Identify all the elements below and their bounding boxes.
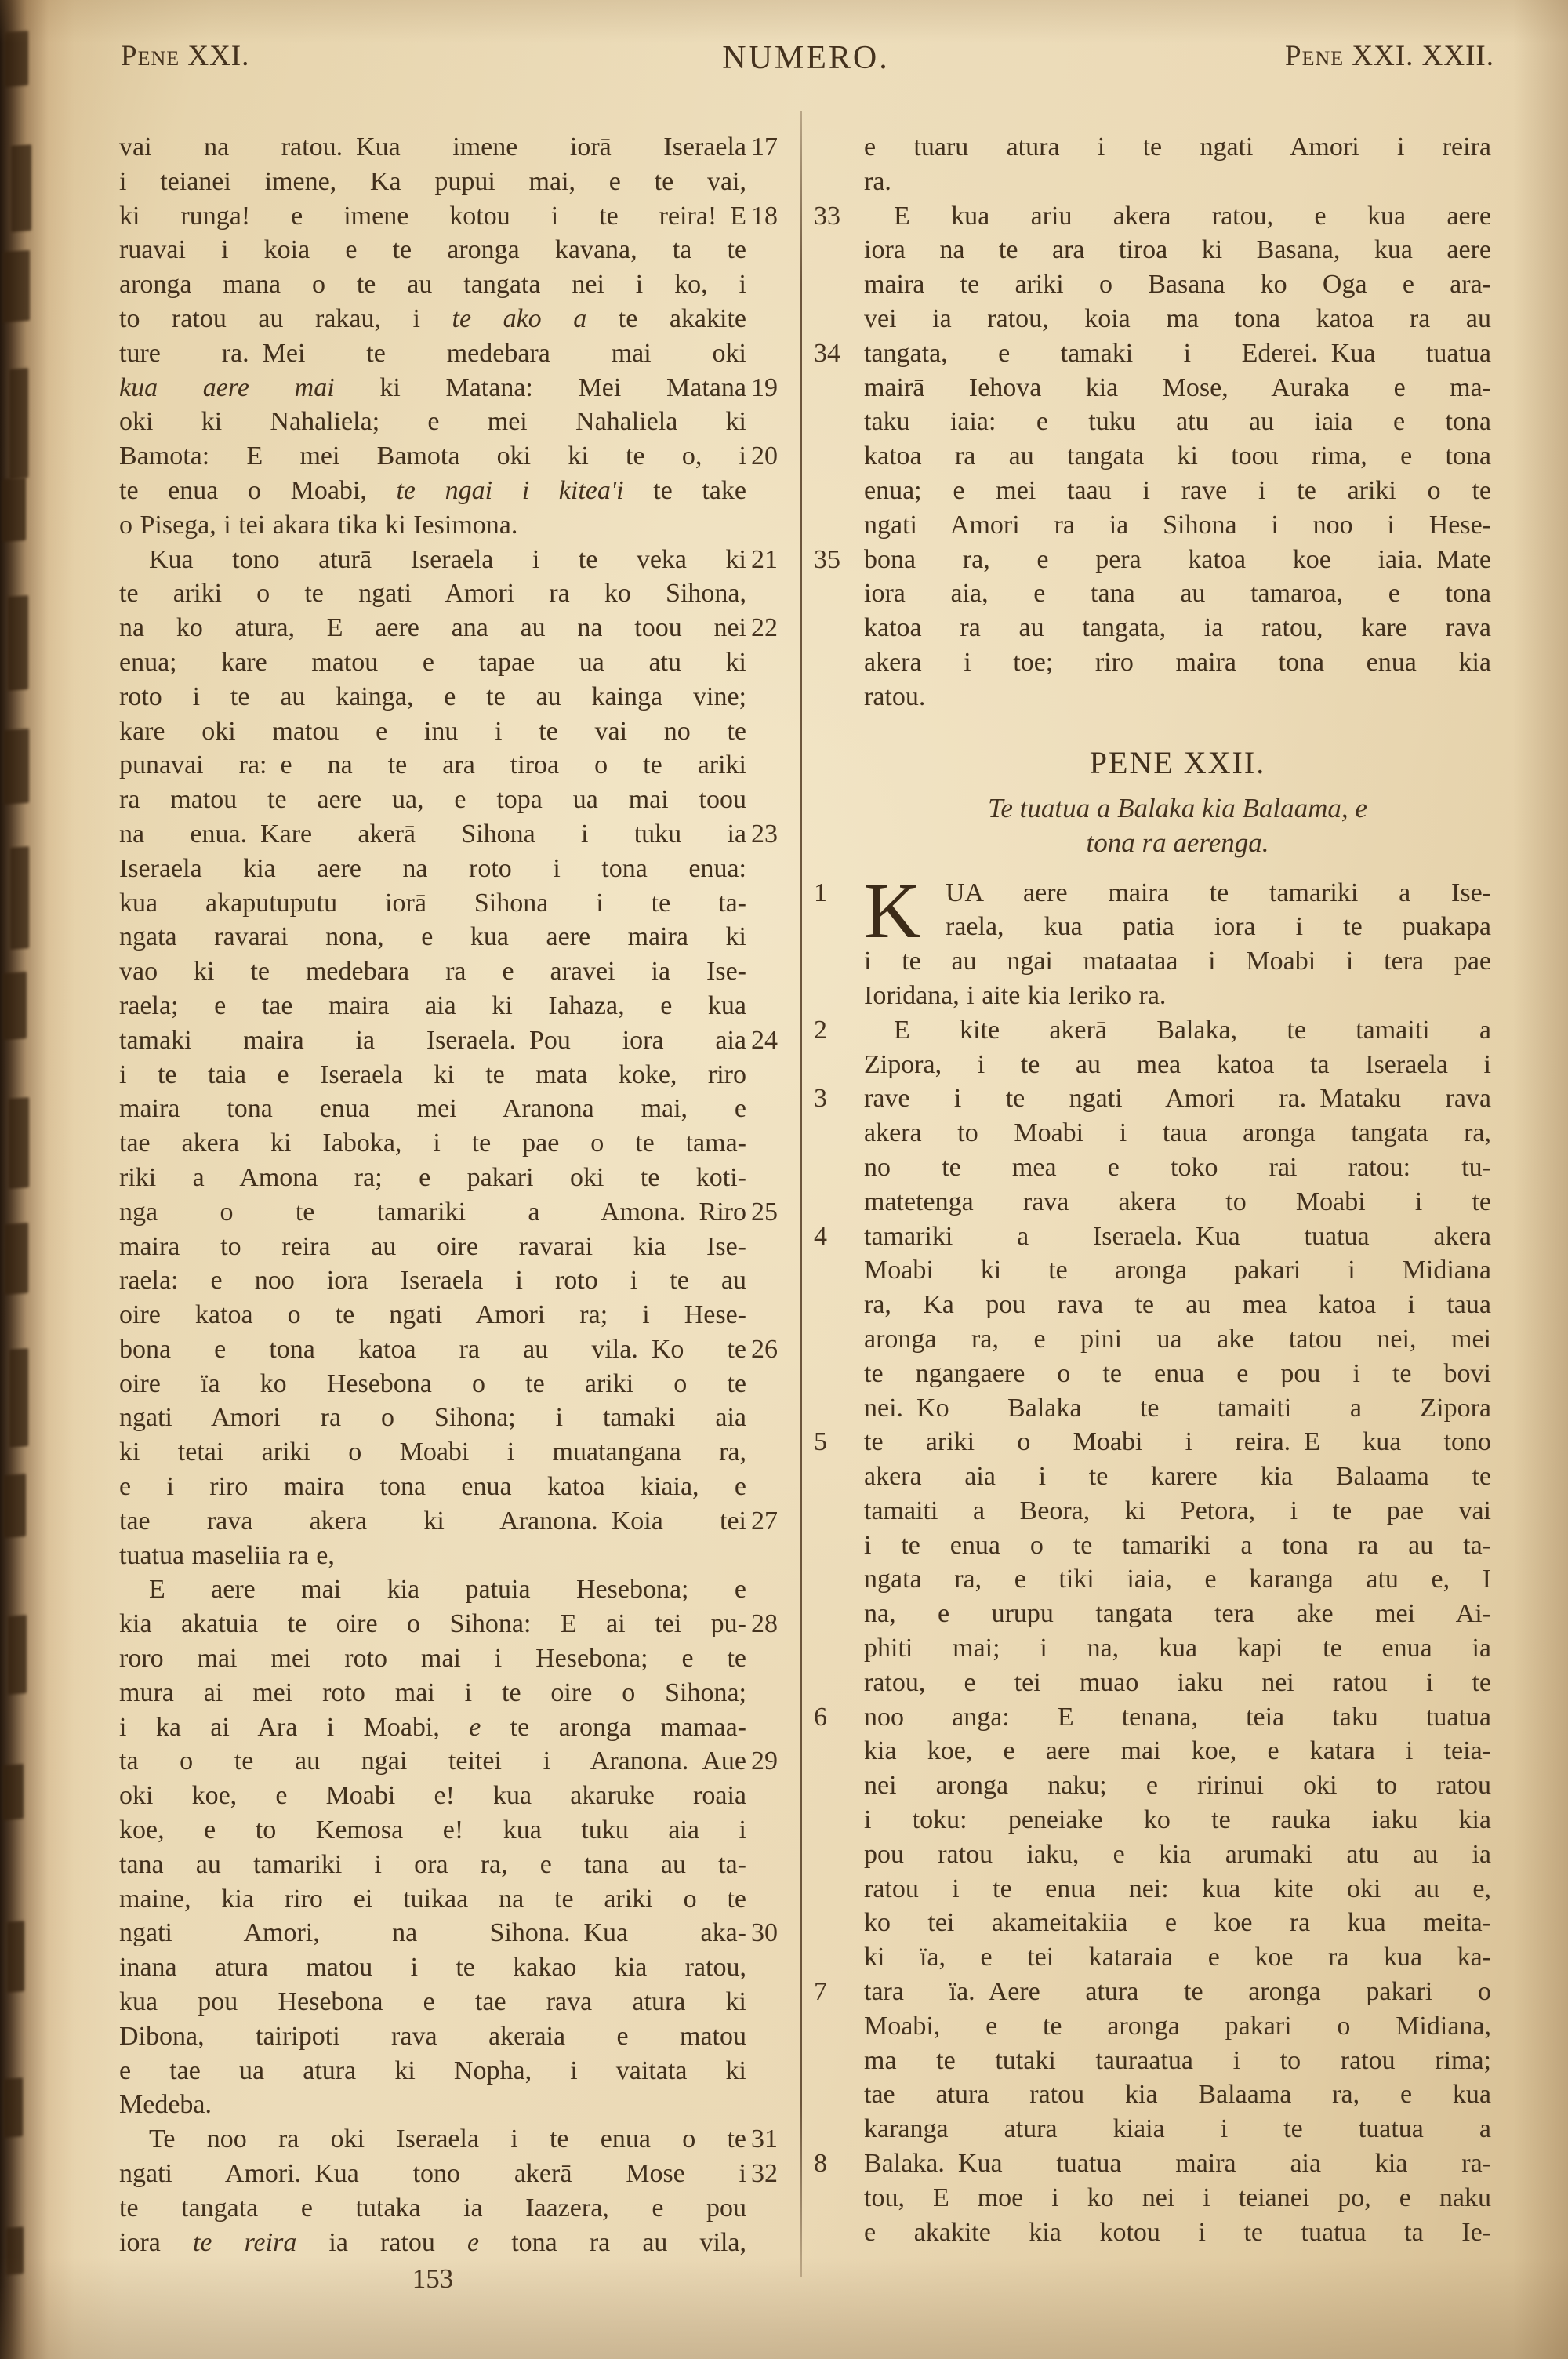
line-text: ratou, e tei muao iaku nei ratou i te: [864, 1666, 1491, 1700]
text-line: oire katoa o te ngati Amori ra; i Hese-: [119, 1298, 746, 1332]
text-line: katoa ra au tangata, ia ratou, kare rava: [864, 611, 1491, 645]
right-column-bottom-lines: UA aere maira te tamariki a Ise-K1raela,…: [864, 876, 1491, 2250]
text-line: e tuaru atura i te ngati Amori i reira: [864, 130, 1491, 165]
line-text: enua; kare matou e tapae ua atu ki: [119, 645, 746, 680]
text-line: nga o te tamariki a Amona. Riro25: [119, 1195, 746, 1230]
line-text: i ka ai Ara i Moabi, e te aronga mamaa-: [119, 1710, 746, 1745]
line-text: iora aia, e tana au tamaroa, e tona: [864, 576, 1491, 611]
gutter-text-fragment: [8, 595, 28, 691]
gutter-text-fragment: [3, 1764, 24, 1820]
text-line: e akakite kia kotou i te tuatua ta Ie-: [864, 2215, 1491, 2250]
gutter-text-fragment: [3, 972, 27, 1040]
text-line: kare oki matou e inu i te vai no te: [119, 714, 746, 749]
verse-number: 24: [751, 1023, 795, 1058]
text-line: te tangata e tutaka ia Iaazera, e pou: [119, 2191, 746, 2226]
line-text: kua akaputuputu iorā Sihona i te ta-: [119, 886, 746, 921]
text-line: phiti mai; i na, kua kapi te enua ia: [864, 1631, 1491, 1666]
text-line: katoa ra au tangata ki toou rima, e tona: [864, 439, 1491, 474]
text-line: ma te tutaki tauraatua i to ratou rima;: [864, 2044, 1491, 2078]
chapter-subtitle: Te tuatua a Balaka kia Balaama, e tona r…: [864, 791, 1491, 860]
line-text: i te au ngai mataataa i Moabi i tera pae: [864, 944, 1491, 979]
line-text: nei. Ko Balaka te tamaiti a Zipora: [864, 1391, 1491, 1426]
text-line: oire ïa ko Hesebona o te ariki o te: [119, 1367, 746, 1401]
line-text: UA aere maira te tamariki a Ise-: [864, 876, 1491, 911]
line-text: punavai ra: e na te ara tiroa o te ariki: [119, 748, 746, 783]
text-line: enua; kare matou e tapae ua atu ki: [119, 645, 746, 680]
line-text: E kite akerā Balaka, te tamaiti a: [864, 1013, 1491, 1048]
text-line: ture ra. Mei te medebara mai oki: [119, 336, 746, 371]
verse-number: 8: [814, 2146, 858, 2181]
line-text: vai na ratou. Kua imene iorā Iseraela: [119, 130, 746, 165]
line-text: e tae ua atura ki Nopha, i vaitata ki: [119, 2054, 746, 2088]
line-text: Ioridana, i aite kia Ieriko ra.: [864, 979, 1491, 1013]
text-line: bona e tona katoa ra au vila. Ko te26: [119, 1332, 746, 1367]
line-text: vei ia ratou, koia ma tona katoa ra au: [864, 302, 1491, 336]
line-text: Iseraela kia aere na roto i tona enua:: [119, 852, 746, 886]
line-text: E kua ariu akera ratou, e kua aere: [864, 199, 1491, 234]
line-text: enua; e mei taau i rave i te ariki o te: [864, 474, 1491, 508]
verse-number: 17: [751, 130, 795, 165]
left-text-column: vai na ratou. Kua imene iorā Iseraela17i…: [119, 130, 746, 2259]
text-line: te enua o Moabi, te ngai i kitea'i te ta…: [119, 474, 746, 508]
text-line: roto i te au kainga, e te au kainga vine…: [119, 680, 746, 714]
text-line: akera to Moabi i taua aronga tangata ra,: [864, 1116, 1491, 1150]
text-line: ki ïa, e tei kataraia e koe ra kua ka-: [864, 1940, 1491, 1975]
line-text: noo anga: E tenana, teia taku tuatua: [864, 1700, 1491, 1735]
text-line: koe, e to Kemosa e! kua tuku aia i: [119, 1813, 746, 1848]
text-line: raela; e tae maira aia ki Iahaza, e kua: [119, 989, 746, 1023]
line-text: Balaka. Kua tuatua maira aia kia ra-: [864, 2146, 1491, 2181]
line-text: mura ai mei roto mai i te oire o Sihona;: [119, 1676, 746, 1710]
line-text: te enua o Moabi, te ngai i kitea'i te ta…: [119, 474, 746, 508]
text-line: i te taia e Iseraela ki te mata koke, ri…: [119, 1058, 746, 1092]
line-text: i te enua o te tamariki a tona ra au ta-: [864, 1528, 1491, 1563]
text-line: Moabi, e te aronga pakari o Midiana,: [864, 2009, 1491, 2044]
line-text: te tangata e tutaka ia Iaazera, e pou: [119, 2191, 746, 2226]
text-line: nei aronga naku; e ririnui oki to ratou: [864, 1768, 1491, 1803]
text-line: taku iaia: e tuku atu au iaia e tona: [864, 405, 1491, 439]
gutter-text-fragment: [3, 250, 30, 322]
text-line: oki koe, e Moabi e! kua akaruke roaia: [119, 1779, 746, 1813]
line-text: inana atura matou i te kakao kia ratou,: [119, 1950, 746, 1985]
line-text: koe, e to Kemosa e! kua tuku aia i: [119, 1813, 746, 1848]
verse-number: 29: [751, 1744, 795, 1779]
line-text: ta o te au ngai teitei i Aranona. Aue: [119, 1744, 746, 1779]
text-line: na ko atura, E aere ana au na toou nei22: [119, 611, 746, 645]
line-text: no te mea e toko rai ratou: tu-: [864, 1150, 1491, 1185]
gutter-text-fragment: [10, 846, 29, 950]
line-text: kia akatuia te oire o Sihona: E ai tei p…: [119, 1607, 746, 1641]
right-text-column: e tuaru atura i te ngati Amori i reirara…: [864, 130, 1491, 2249]
text-line: mairā Iehova kia Mose, Auraka e ma-: [864, 371, 1491, 405]
text-line: ngata ravarai nona, e kua aere maira ki: [119, 920, 746, 954]
line-text: oki koe, e Moabi e! kua akaruke roaia: [119, 1779, 746, 1813]
text-line: kua aere mai ki Matana: Mei Matana19: [119, 371, 746, 405]
line-text: akera i toe; riro maira tona enua kia: [864, 645, 1491, 680]
line-text: kia koe, e aere mai koe, e katara i teia…: [864, 1734, 1491, 1768]
line-text: roro mai mei roto mai i Hesebona; e te: [119, 1641, 746, 1676]
line-text: Te noo ra oki Iseraela i te enua o te: [119, 2122, 746, 2157]
gutter-text-fragment: [11, 144, 31, 232]
line-text: bona ra, e pera katoa koe iaia. Mate: [864, 543, 1491, 577]
text-line: tuatua maseliia ra e,: [119, 1539, 746, 1573]
verse-number: 22: [751, 611, 795, 645]
text-line: akera i toe; riro maira tona enua kia: [864, 645, 1491, 680]
page-gutter: [0, 0, 118, 2359]
text-line: i te au ngai mataataa i Moabi i tera pae: [864, 944, 1491, 979]
line-text: kua aere mai ki Matana: Mei Matana: [119, 371, 746, 405]
text-line: ko tei akameitakiia e koe ra kua meita-: [864, 1906, 1491, 1940]
text-line: raela, kua patia iora i te puakapa: [864, 910, 1491, 944]
text-line: vei ia ratou, koia ma tona katoa ra au: [864, 302, 1491, 336]
line-text: tuatua maseliia ra e,: [119, 1539, 746, 1573]
text-line: matetenga rava akera to Moabi i te: [864, 1185, 1491, 1219]
verse-number: 20: [751, 439, 795, 474]
text-line: te ariki o te ngati Amori ra ko Sihona,: [119, 576, 746, 611]
text-line: noo anga: E tenana, teia taku tuatua6: [864, 1700, 1491, 1735]
line-text: raela: e noo iora Iseraela i roto i te a…: [119, 1263, 746, 1298]
line-text: karanga atura kiaia i te tuatua a: [864, 2112, 1491, 2146]
verse-number: 18: [751, 199, 795, 234]
line-text: iora te reira ia ratou e tona ra au vila…: [119, 2226, 746, 2260]
line-text: i te taia e Iseraela ki te mata koke, ri…: [119, 1058, 746, 1092]
line-text: na ko atura, E aere ana au na toou nei: [119, 611, 746, 645]
line-text: ruavai i koia e te aronga kavana, ta te: [119, 233, 746, 267]
line-text: oire katoa o te ngati Amori ra; i Hese-: [119, 1298, 746, 1332]
line-text: na enua. Kare akerā Sihona i tuku ia: [119, 817, 746, 852]
text-line: E kua ariu akera ratou, e kua aere33: [864, 199, 1491, 234]
verse-number: 23: [751, 817, 795, 852]
line-text: Kua tono aturā Iseraela i te veka ki: [119, 543, 746, 577]
line-text: ki ïa, e tei kataraia e koe ra kua ka-: [864, 1940, 1491, 1975]
text-line: tae atura ratou kia Balaama ra, e kua: [864, 2077, 1491, 2112]
line-text: ki tetai ariki o Moabi i muatangana ra,: [119, 1435, 746, 1470]
line-text: akera to Moabi i taua aronga tangata ra,: [864, 1116, 1491, 1150]
line-text: ngata ravarai nona, e kua aere maira ki: [119, 920, 746, 954]
text-line: na, e urupu tangata tera ake mei Ai-: [864, 1597, 1491, 1631]
verse-number: 33: [814, 199, 858, 234]
line-text: tae akera ki Iaboka, i te pae o te tama-: [119, 1126, 746, 1161]
line-text: Moabi, e te aronga pakari o Midiana,: [864, 2009, 1491, 2044]
text-line: Iseraela kia aere na roto i tona enua:: [119, 852, 746, 886]
gutter-text-fragment: [5, 31, 28, 87]
line-text: ratou i te enua nei: kua kite oki au e,: [864, 1872, 1491, 1906]
line-text: nei aronga naku; e ririnui oki to ratou: [864, 1768, 1491, 1803]
verse-number: 26: [751, 1332, 795, 1367]
text-line: nei. Ko Balaka te tamaiti a Zipora: [864, 1391, 1491, 1426]
gutter-text-fragment: [9, 1348, 28, 1448]
line-text: matetenga rava akera to Moabi i te: [864, 1185, 1491, 1219]
gutter-text-fragment: [4, 729, 29, 805]
gutter-text-fragment: [7, 1921, 24, 1993]
line-text: maira to reira au oire ravarai kia Ise-: [119, 1230, 746, 1264]
line-text: ngata ra, e tiki iaia, e karanga atu e, …: [864, 1562, 1491, 1597]
line-text: to ratou au rakau, i te ako a te akakite: [119, 302, 746, 336]
line-text: Bamota: E mei Bamota oki ki te o, i: [119, 439, 746, 474]
text-line: E aere mai kia patuia Hesebona; e: [119, 1572, 746, 1607]
line-text: Medeba.: [119, 2088, 746, 2122]
line-text: tamariki a Iseraela. Kua tuatua akera: [864, 1219, 1491, 1254]
verse-number: 21: [751, 543, 795, 577]
line-text: maira tona enua mei Aranona mai, e: [119, 1092, 746, 1126]
line-text: tangata, e tamaki i Ederei. Kua tuatua: [864, 336, 1491, 371]
line-text: i teianei imene, Ka pupui mai, e te vai,: [119, 165, 746, 199]
text-line: ra.: [864, 165, 1491, 199]
text-line: UA aere maira te tamariki a Ise-K1: [864, 876, 1491, 911]
line-text: ngati Amori ra ia Sihona i noo i Hese-: [864, 508, 1491, 543]
text-line: mura ai mei roto mai i te oire o Sihona;: [119, 1676, 746, 1710]
line-text: maira te ariki o Basana ko Oga e ara-: [864, 267, 1491, 302]
text-line: Moabi ki te aronga pakari i Midiana: [864, 1253, 1491, 1288]
text-line: tamaki maira ia Iseraela. Pou iora aia24: [119, 1023, 746, 1058]
text-line: raela: e noo iora Iseraela i roto i te a…: [119, 1263, 746, 1298]
line-text: ko tei akameitakiia e koe ra kua meita-: [864, 1906, 1491, 1940]
text-line: ra matou te aere ua, e topa ua mai toou: [119, 783, 746, 817]
text-line: ki runga! e imene kotou i te reira! E18: [119, 199, 746, 234]
line-text: iora na te ara tiroa ki Basana, kua aere: [864, 233, 1491, 267]
running-header: Pene XXI. NUMERO. Pene XXI. XXII.: [118, 39, 1494, 86]
text-line: ratou i te enua nei: kua kite oki au e,: [864, 1872, 1491, 1906]
line-text: ture ra. Mei te medebara mai oki: [119, 336, 746, 371]
text-line: tamariki a Iseraela. Kua tuatua akera4: [864, 1219, 1491, 1254]
line-text: Dibona, tairipoti rava akeraia e matou: [119, 2019, 746, 2054]
text-line: tae rava akera ki Aranona. Koia tei27: [119, 1504, 746, 1539]
text-line: riki a Amona ra; e pakari oki te koti-: [119, 1161, 746, 1195]
text-line: maira te ariki o Basana ko Oga e ara-: [864, 267, 1491, 302]
text-line: no te mea e toko rai ratou: tu-: [864, 1150, 1491, 1185]
line-text: maine, kia riro ei tuikaa na te ariki o …: [119, 1882, 746, 1917]
gutter-text-fragment: [9, 1097, 29, 1189]
page-number: 153: [119, 2263, 746, 2295]
text-line: karanga atura kiaia i te tuatua a: [864, 2112, 1491, 2146]
line-text: vao ki te medebara ra e aravei ia Ise-: [119, 954, 746, 989]
verse-number: 28: [751, 1607, 795, 1641]
text-line: Bamota: E mei Bamota oki ki te o, i20: [119, 439, 746, 474]
text-line: Kua tono aturā Iseraela i te veka ki21: [119, 543, 746, 577]
text-line: tae akera ki Iaboka, i te pae o te tama-: [119, 1126, 746, 1161]
text-line: to ratou au rakau, i te ako a te akakite: [119, 302, 746, 336]
text-line: inana atura matou i te kakao kia ratou,: [119, 1950, 746, 1985]
verse-number: 6: [814, 1700, 858, 1735]
text-line: ratou.: [864, 680, 1491, 714]
line-text: e akakite kia kotou i te tuatua ta Ie-: [864, 2215, 1491, 2250]
text-line: vao ki te medebara ra e aravei ia Ise-: [119, 954, 746, 989]
text-line: kia akatuia te oire o Sihona: E ai tei p…: [119, 1607, 746, 1641]
line-text: ra matou te aere ua, e topa ua mai toou: [119, 783, 746, 817]
text-line: aronga mana o te au tangata nei i ko, i: [119, 267, 746, 302]
text-line: E kite akerā Balaka, te tamaiti a2: [864, 1013, 1491, 1048]
line-text: na, e urupu tangata tera ake mei Ai-: [864, 1597, 1491, 1631]
text-line: iora aia, e tana au tamaroa, e tona: [864, 576, 1491, 611]
gutter-text-fragment: [6, 2226, 24, 2275]
line-text: tara ïa. Aere atura te aronga pakari o: [864, 1975, 1491, 2009]
line-text: ngati Amori, na Sihona. Kua aka-: [119, 1916, 746, 1950]
verse-number: 34: [814, 336, 858, 371]
text-line: Balaka. Kua tuatua maira aia kia ra-8: [864, 2146, 1491, 2181]
text-line: Te noo ra oki Iseraela i te enua o te31: [119, 2122, 746, 2157]
line-text: Zipora, i te au mea katoa ta Iseraela i: [864, 1048, 1491, 1082]
text-line: Medeba.: [119, 2088, 746, 2122]
text-line: roro mai mei roto mai i Hesebona; e te: [119, 1641, 746, 1676]
line-text: o Pisega, i tei akara tika ki Iesimona.: [119, 508, 746, 543]
book-page: Pene XXI. NUMERO. Pene XXI. XXII. vai na…: [0, 0, 1568, 2359]
line-text: katoa ra au tangata, ia ratou, kare rava: [864, 611, 1491, 645]
text-line: tamaiti a Beora, ki Petora, i te pae vai: [864, 1494, 1491, 1528]
gutter-text-fragment: [9, 368, 28, 479]
line-text: aronga ra, e pini ua ake tatou nei, mei: [864, 1322, 1491, 1357]
text-line: te ariki o Moabi i reira. E kua tono5: [864, 1425, 1491, 1459]
text-line: ki tetai ariki o Moabi i muatangana ra,: [119, 1435, 746, 1470]
text-line: ngati Amori, na Sihona. Kua aka-30: [119, 1916, 746, 1950]
line-text: te ariki o te ngati Amori ra ko Sihona,: [119, 576, 746, 611]
line-text: riki a Amona ra; e pakari oki te koti-: [119, 1161, 746, 1195]
line-text: ra.: [864, 165, 1491, 199]
gutter-text-fragment: [8, 1615, 27, 1695]
text-line: ngati Amori ra ia Sihona i noo i Hese-: [864, 508, 1491, 543]
gutter-text-fragment: [4, 2077, 23, 2138]
gutter-text-fragment: [4, 1474, 26, 1538]
line-text: katoa ra au tangata ki toou rima, e tona: [864, 439, 1491, 474]
text-line: Ioridana, i aite kia Ieriko ra.: [864, 979, 1491, 1013]
text-line: vai na ratou. Kua imene iorā Iseraela17: [119, 130, 746, 165]
line-text: ra, Ka pou rava te au mea katoa i taua: [864, 1288, 1491, 1322]
verse-number: 19: [751, 371, 795, 405]
line-text: oki ki Nahaliela; e mei Nahaliela ki: [119, 405, 746, 439]
line-text: ngati Amori. Kua tono akerā Mose i: [119, 2157, 746, 2191]
line-text: rave i te ngati Amori ra. Mataku rava: [864, 1081, 1491, 1116]
line-text: ki runga! e imene kotou i te reira! E: [119, 199, 746, 234]
gutter-text-fragment: [5, 1223, 28, 1295]
line-text: kua pou Hesebona e tae rava atura ki: [119, 1985, 746, 2019]
line-text: te ngangaere o te enua e pou i te bovi: [864, 1357, 1491, 1391]
text-line: o Pisega, i tei akara tika ki Iesimona.: [119, 508, 746, 543]
text-line: ngata ra, e tiki iaia, e karanga atu e, …: [864, 1562, 1491, 1597]
text-line: maine, kia riro ei tuikaa na te ariki o …: [119, 1882, 746, 1917]
line-text: oire ïa ko Hesebona o te ariki o te: [119, 1367, 746, 1401]
verse-number: 4: [814, 1219, 858, 1254]
chapter-subtitle-line: tona ra aerenga.: [864, 826, 1491, 860]
text-line: pou ratou iaku, e kia arumaki atu au ia: [864, 1837, 1491, 1872]
text-line: rave i te ngati Amori ra. Mataku rava3: [864, 1081, 1491, 1116]
text-line: e i riro maira tona enua katoa kiaia, e: [119, 1470, 746, 1504]
line-text: tana au tamariki i ora ra, e tana au ta-: [119, 1848, 746, 1882]
text-line: te ngangaere o te enua e pou i te bovi: [864, 1357, 1491, 1391]
line-text: e i riro maira tona enua katoa kiaia, e: [119, 1470, 746, 1504]
verse-number: 2: [814, 1013, 858, 1048]
text-line: enua; e mei taau i rave i te ariki o te: [864, 474, 1491, 508]
line-text: raela, kua patia iora i te puakapa: [864, 910, 1491, 944]
chapter-heading: PENE XXII.: [864, 743, 1491, 783]
text-line: kia koe, e aere mai koe, e katara i teia…: [864, 1734, 1491, 1768]
verse-number: 35: [814, 543, 858, 577]
text-line: tou, E moe i ko nei i teianei po, e naku: [864, 2181, 1491, 2215]
line-text: akera aia i te karere kia Balaama te: [864, 1459, 1491, 1494]
text-line: Zipora, i te au mea katoa ta Iseraela i: [864, 1048, 1491, 1082]
text-line: tangata, e tamaki i Ederei. Kua tuatua34: [864, 336, 1491, 371]
line-text: Moabi ki te aronga pakari i Midiana: [864, 1253, 1491, 1288]
text-line: kua akaputuputu iorā Sihona i te ta-: [119, 886, 746, 921]
line-text: mairā Iehova kia Mose, Auraka e ma-: [864, 371, 1491, 405]
verse-number: 32: [751, 2157, 795, 2191]
header-chapter-right: Pene XXI. XXII.: [1285, 39, 1494, 73]
text-line: ngati Amori. Kua tono akerā Mose i32: [119, 2157, 746, 2191]
line-text: phiti mai; i na, kua kapi te enua ia: [864, 1631, 1491, 1666]
text-line: i teianei imene, Ka pupui mai, e te vai,: [119, 165, 746, 199]
line-text: pou ratou iaku, e kia arumaki atu au ia: [864, 1837, 1491, 1872]
verse-number: 30: [751, 1916, 795, 1950]
line-text: tamaki maira ia Iseraela. Pou iora aia: [119, 1023, 746, 1058]
verse-number: 27: [751, 1504, 795, 1539]
verse-number: 1: [814, 876, 858, 911]
right-column-top-lines: e tuaru atura i te ngati Amori i reirara…: [864, 130, 1491, 714]
line-text: roto i te au kainga, e te au kainga vine…: [119, 680, 746, 714]
text-line: oki ki Nahaliela; e mei Nahaliela ki: [119, 405, 746, 439]
verse-number: 3: [814, 1081, 858, 1116]
text-line: maira to reira au oire ravarai kia Ise-: [119, 1230, 746, 1264]
text-line: e tae ua atura ki Nopha, i vaitata ki: [119, 2054, 746, 2088]
text-line: kua pou Hesebona e tae rava atura ki: [119, 1985, 746, 2019]
verse-number: 7: [814, 1975, 858, 2009]
text-line: na enua. Kare akerā Sihona i tuku ia23: [119, 817, 746, 852]
text-line: i ka ai Ara i Moabi, e te aronga mamaa-: [119, 1710, 746, 1745]
text-line: ta o te au ngai teitei i Aranona. Aue29: [119, 1744, 746, 1779]
text-line: iora na te ara tiroa ki Basana, kua aere: [864, 233, 1491, 267]
text-line: tana au tamariki i ora ra, e tana au ta-: [119, 1848, 746, 1882]
text-line: ratou, e tei muao iaku nei ratou i te: [864, 1666, 1491, 1700]
gutter-text-fragment: [2, 478, 26, 542]
line-text: i toku: peneiake ko te rauka iaku kia: [864, 1803, 1491, 1837]
line-text: ma te tutaki tauraatua i to ratou rima;: [864, 2044, 1491, 2078]
text-line: i te enua o te tamariki a tona ra au ta-: [864, 1528, 1491, 1563]
text-line: ruavai i koia e te aronga kavana, ta te: [119, 233, 746, 267]
line-text: tou, E moe i ko nei i teianei po, e naku: [864, 2181, 1491, 2215]
line-text: ngati Amori ra o Sihona; i tamaki aia: [119, 1401, 746, 1435]
line-text: kare oki matou e inu i te vai no te: [119, 714, 746, 749]
line-text: te ariki o Moabi i reira. E kua tono: [864, 1425, 1491, 1459]
line-text: bona e tona katoa ra au vila. Ko te: [119, 1332, 746, 1367]
line-text: raela; e tae maira aia ki Iahaza, e kua: [119, 989, 746, 1023]
line-text: E aere mai kia patuia Hesebona; e: [119, 1572, 746, 1607]
verse-number: 25: [751, 1195, 795, 1230]
verse-number: 5: [814, 1425, 858, 1459]
text-line: Dibona, tairipoti rava akeraia e matou: [119, 2019, 746, 2054]
line-text: tae rava akera ki Aranona. Koia tei: [119, 1504, 746, 1539]
verse-number: 31: [751, 2122, 795, 2157]
line-text: nga o te tamariki a Amona. Riro: [119, 1195, 746, 1230]
text-line: punavai ra: e na te ara tiroa o te ariki: [119, 748, 746, 783]
text-line: i toku: peneiake ko te rauka iaku kia: [864, 1803, 1491, 1837]
text-line: tara ïa. Aere atura te aronga pakari o7: [864, 1975, 1491, 2009]
text-line: iora te reira ia ratou e tona ra au vila…: [119, 2226, 746, 2260]
line-text: tamaiti a Beora, ki Petora, i te pae vai: [864, 1494, 1491, 1528]
text-line: maira tona enua mei Aranona mai, e: [119, 1092, 746, 1126]
column-divider-rule: [800, 111, 802, 2277]
text-line: ngati Amori ra o Sihona; i tamaki aia: [119, 1401, 746, 1435]
line-text: taku iaia: e tuku atu au iaia e tona: [864, 405, 1491, 439]
line-text: ratou.: [864, 680, 1491, 714]
text-line: bona ra, e pera katoa koe iaia. Mate35: [864, 543, 1491, 577]
line-text: tae atura ratou kia Balaama ra, e kua: [864, 2077, 1491, 2112]
text-line: akera aia i te karere kia Balaama te: [864, 1459, 1491, 1494]
text-line: aronga ra, e pini ua ake tatou nei, mei: [864, 1322, 1491, 1357]
line-text: aronga mana o te au tangata nei i ko, i: [119, 267, 746, 302]
chapter-subtitle-line: Te tuatua a Balaka kia Balaama, e: [864, 791, 1491, 826]
text-line: ra, Ka pou rava te au mea katoa i taua: [864, 1288, 1491, 1322]
line-text: e tuaru atura i te ngati Amori i reira: [864, 130, 1491, 165]
